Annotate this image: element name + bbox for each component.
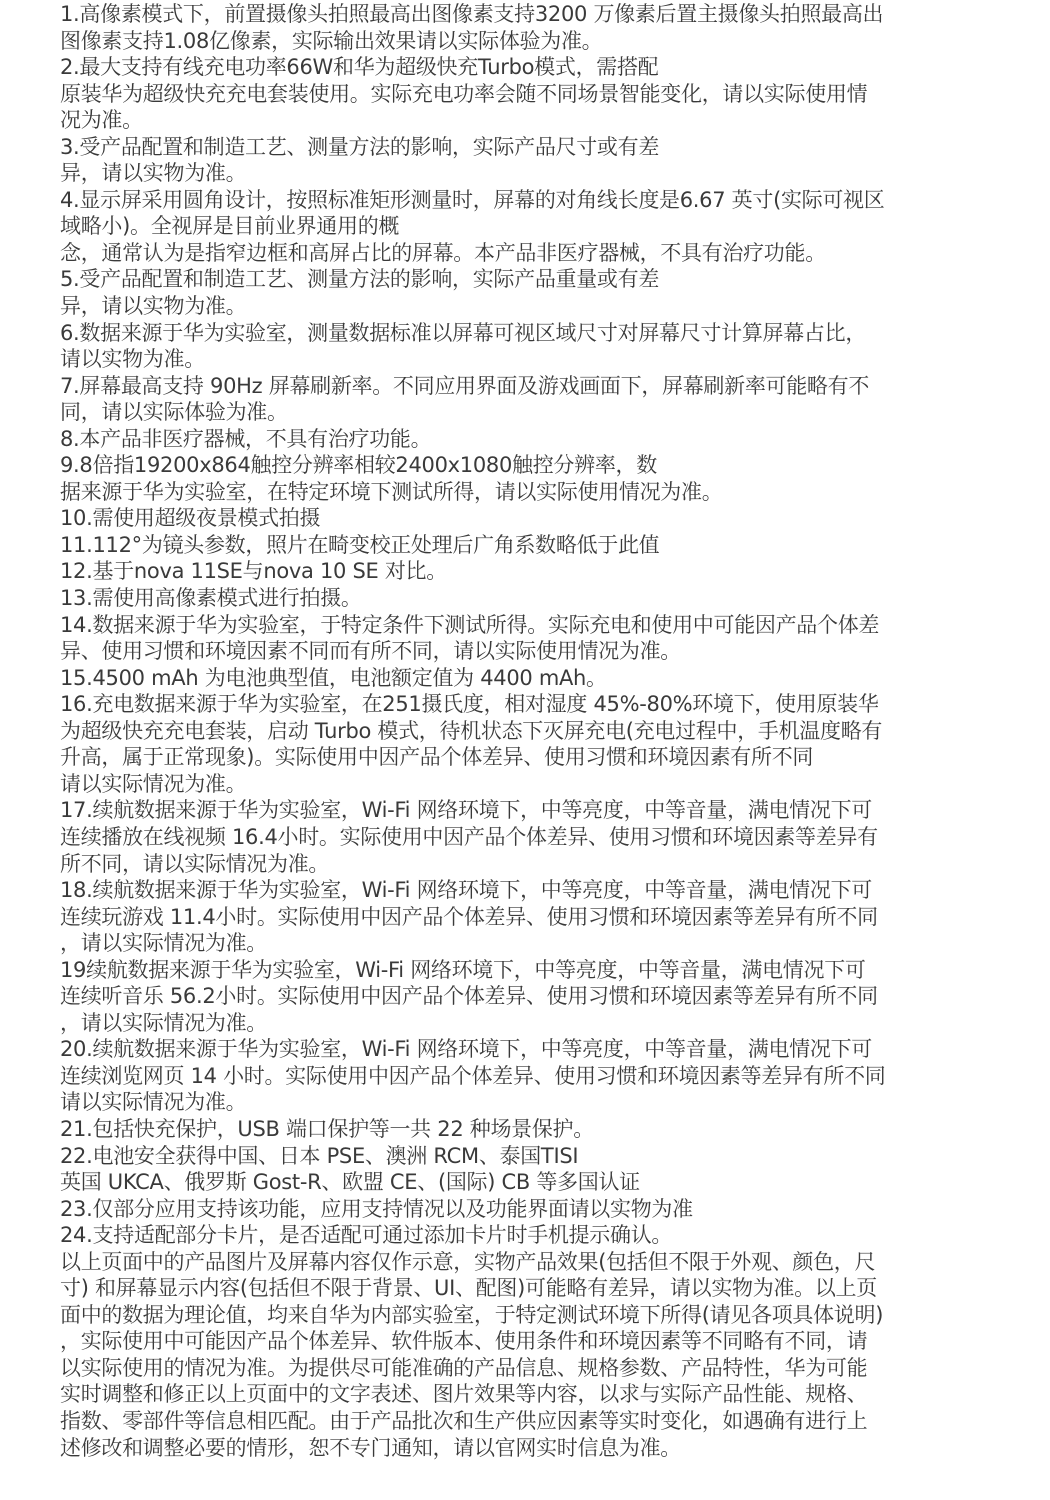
footnote-14: 14.数据来源于华为实验室，于特定条件下测试所得。实际充电和使用中可能因产品个体… xyxy=(60,612,1020,665)
footnote-7: 7.屏幕最高支持 90Hz 屏幕刷新率。不同应用界面及游戏画面下，屏幕刷新率可能… xyxy=(60,373,1020,426)
footnote-16: 16.充电数据来源于华为实验室，在251摄氏度，相对湿度 45%-80%环境下，… xyxy=(60,691,1020,797)
disclaimer-line: 实时调整和修正以上页面中的文字表述、图片效果等内容，以求与实际产品性能、规格、 xyxy=(60,1381,1020,1408)
footnote-line: 4.显示屏采用圆角设计，按照标准矩形测量时，屏幕的对角线长度是6.67 英寸(实… xyxy=(60,187,1020,214)
footnote-line: 原装华为超级快充充电套装使用。实际充电功率会随不同场景智能变化，请以实际使用情 xyxy=(60,81,1020,108)
footnote-line: 6.数据来源于华为实验室，测量数据标准以屏幕可视区域尺寸对屏幕尺寸计算屏幕占比， xyxy=(60,320,1020,347)
footnote-line: 请以实际情况为准。 xyxy=(60,771,1020,798)
footnote-line: 域略小)。全视屏是目前业界通用的概 xyxy=(60,213,1020,240)
footnote-line: 2.最大支持有线充电功率66W和华为超级快充Turbo模式，需搭配 xyxy=(60,54,1020,81)
disclaimer-line: 以实际使用的情况为准。为提供尽可能准确的产品信息、规格参数、产品特性，华为可能 xyxy=(60,1355,1020,1382)
footnote-19: 19续航数据来源于华为实验室，Wi-Fi 网络环境下，中等亮度，中等音量，满电情… xyxy=(60,957,1020,1037)
footnote-line: 同，请以实际体验为准。 xyxy=(60,399,1020,426)
footnote-line: 10.需使用超级夜景模式拍摄 xyxy=(60,505,1020,532)
footnote-15: 15.4500 mAh 为电池典型值，电池额定值为 4400 mAh。 xyxy=(60,665,1020,692)
footnote-line: 据来源于华为实验室，在特定环境下测试所得，请以实际使用情况为准。 xyxy=(60,479,1020,506)
footnote-6: 6.数据来源于华为实验室，测量数据标准以屏幕可视区域尺寸对屏幕尺寸计算屏幕占比，… xyxy=(60,320,1020,373)
footnote-2: 2.最大支持有线充电功率66W和华为超级快充Turbo模式，需搭配原装华为超级快… xyxy=(60,54,1020,134)
footnote-line: 20.续航数据来源于华为实验室，Wi-Fi 网络环境下，中等亮度，中等音量，满电… xyxy=(60,1036,1020,1063)
footnote-line: 11.112°为镜头参数，照片在畸变校正处理后广角系数略低于此值 xyxy=(60,532,1020,559)
footnote-line: 异，请以实物为准。 xyxy=(60,160,1020,187)
footnote-line: 连续浏览网页 14 小时。实际使用中因产品个体差异、使用习惯和环境因素等差异有所… xyxy=(60,1063,1020,1090)
footnote-23: 23.仅部分应用支持该功能，应用支持情况以及功能界面请以实物为准 xyxy=(60,1196,1020,1223)
disclaimer-line: ，实际使用中可能因产品个体差异、软件版本、使用条件和环境因素等不同略有不同，请 xyxy=(60,1328,1020,1355)
footnote-4: 4.显示屏采用圆角设计，按照标准矩形测量时，屏幕的对角线长度是6.67 英寸(实… xyxy=(60,187,1020,267)
footnote-line: 21.包括快充保护，USB 端口保护等一共 22 种场景保护。 xyxy=(60,1116,1020,1143)
footnote-18: 18.续航数据来源于华为实验室，Wi-Fi 网络环境下，中等亮度，中等音量，满电… xyxy=(60,877,1020,957)
footnote-line: 异，请以实物为准。 xyxy=(60,293,1020,320)
disclaimer-line: 指数、零部件等信息相匹配。由于产品批次和生产供应因素等实时变化，如遇确有进行上 xyxy=(60,1408,1020,1435)
footnote-12: 12.基于nova 11SE与nova 10 SE 对比。 xyxy=(60,558,1020,585)
footnote-line: 念，通常认为是指窄边框和高屏占比的屏幕。本产品非医疗器械，不具有治疗功能。 xyxy=(60,240,1020,267)
footnote-line: 9.8倍指19200x864触控分辨率相较2400x1080触控分辨率，数 xyxy=(60,452,1020,479)
footnote-9: 9.8倍指19200x864触控分辨率相较2400x1080触控分辨率，数据来源… xyxy=(60,452,1020,505)
footnote-line: 请以实物为准。 xyxy=(60,346,1020,373)
footnote-line: 连续听音乐 56.2小时。实际使用中因产品个体差异、使用习惯和环境因素等差异有所… xyxy=(60,983,1020,1010)
footnote-1: 1.高像素模式下，前置摄像头拍照最高出图像素支持3200 万像素后置主摄像头拍照… xyxy=(60,1,1020,54)
footnote-line: 12.基于nova 11SE与nova 10 SE 对比。 xyxy=(60,558,1020,585)
disclaimer-line: 面中的数据为理论值，均来自华为内部实验室，于特定测试环境下所得(请见各项具体说明… xyxy=(60,1302,1020,1329)
footnote-line: 3.受产品配置和制造工艺、测量方法的影响，实际产品尺寸或有差 xyxy=(60,134,1020,161)
footnote-line: 22.电池安全获得中国、日本 PSE、澳洲 RCM、泰国TISI xyxy=(60,1143,1020,1170)
footnote-3: 3.受产品配置和制造工艺、测量方法的影响，实际产品尺寸或有差异，请以实物为准。 xyxy=(60,134,1020,187)
footnote-line: 连续玩游戏 11.4小时。实际使用中因产品个体差异、使用习惯和环境因素等差异有所… xyxy=(60,904,1020,931)
footnote-line: 连续播放在线视频 16.4小时。实际使用中因产品个体差异、使用习惯和环境因素等差… xyxy=(60,824,1020,851)
footnote-21: 21.包括快充保护，USB 端口保护等一共 22 种场景保护。 xyxy=(60,1116,1020,1143)
footnote-line: 7.屏幕最高支持 90Hz 屏幕刷新率。不同应用界面及游戏画面下，屏幕刷新率可能… xyxy=(60,373,1020,400)
footnote-line: 图像素支持1.08亿像素，实际输出效果请以实际体验为准。 xyxy=(60,28,1020,55)
footnote-line: 5.受产品配置和制造工艺、测量方法的影响，实际产品重量或有差 xyxy=(60,266,1020,293)
footnote-11: 11.112°为镜头参数，照片在畸变校正处理后广角系数略低于此值 xyxy=(60,532,1020,559)
footnote-line: 13.需使用高像素模式进行拍摄。 xyxy=(60,585,1020,612)
footnote-line: 况为准。 xyxy=(60,107,1020,134)
footnote-line: ，请以实际情况为准。 xyxy=(60,930,1020,957)
footnote-line: 18.续航数据来源于华为实验室，Wi-Fi 网络环境下，中等亮度，中等音量，满电… xyxy=(60,877,1020,904)
footnote-line: 英国 UKCA、俄罗斯 Gost-R、欧盟 CE、(国际) CB 等多国认证 xyxy=(60,1169,1020,1196)
footnote-10: 10.需使用超级夜景模式拍摄 xyxy=(60,505,1020,532)
footnote-22: 22.电池安全获得中国、日本 PSE、澳洲 RCM、泰国TISI英国 UKCA、… xyxy=(60,1143,1020,1196)
footnote-line: 1.高像素模式下，前置摄像头拍照最高出图像素支持3200 万像素后置主摄像头拍照… xyxy=(60,1,1020,28)
footnote-line: 15.4500 mAh 为电池典型值，电池额定值为 4400 mAh。 xyxy=(60,665,1020,692)
footnote-20: 20.续航数据来源于华为实验室，Wi-Fi 网络环境下，中等亮度，中等音量，满电… xyxy=(60,1036,1020,1116)
footnote-line: 所不同，请以实际情况为准。 xyxy=(60,851,1020,878)
footnote-line: 23.仅部分应用支持该功能，应用支持情况以及功能界面请以实物为准 xyxy=(60,1196,1020,1223)
disclaimer-line: 以上页面中的产品图片及屏幕内容仅作示意，实物产品效果(包括但不限于外观、颜色，尺 xyxy=(60,1249,1020,1276)
disclaimer-line: 述修改和调整必要的情形，恕不专门通知，请以官网实时信息为准。 xyxy=(60,1435,1020,1462)
footnote-line: 17.续航数据来源于华为实验室，Wi-Fi 网络环境下，中等亮度，中等音量，满电… xyxy=(60,797,1020,824)
footnote-line: 异、使用习惯和环境因素不同而有所不同，请以实际使用情况为准。 xyxy=(60,638,1020,665)
footnotes-list: 1.高像素模式下，前置摄像头拍照最高出图像素支持3200 万像素后置主摄像头拍照… xyxy=(60,1,1020,1249)
footnote-line: 8.本产品非医疗器械，不具有治疗功能。 xyxy=(60,426,1020,453)
footnote-line: 19续航数据来源于华为实验室，Wi-Fi 网络环境下，中等亮度，中等音量，满电情… xyxy=(60,957,1020,984)
footnote-line: 为超级快充充电套装，启动 Turbo 模式，待机状态下灭屏充电(充电过程中，手机… xyxy=(60,718,1020,745)
disclaimer-paragraph: 以上页面中的产品图片及屏幕内容仅作示意，实物产品效果(包括但不限于外观、颜色，尺… xyxy=(60,1249,1020,1461)
footnote-5: 5.受产品配置和制造工艺、测量方法的影响，实际产品重量或有差异，请以实物为准。 xyxy=(60,266,1020,319)
footnote-line: ，请以实际情况为准。 xyxy=(60,1010,1020,1037)
disclaimer-line: 寸) 和屏幕显示内容(包括但不限于背景、UI、配图)可能略有差异，请以实物为准。… xyxy=(60,1275,1020,1302)
footnote-8: 8.本产品非医疗器械，不具有治疗功能。 xyxy=(60,426,1020,453)
footnote-line: 24.支持适配部分卡片，是否适配可通过添加卡片时手机提示确认。 xyxy=(60,1222,1020,1249)
footnote-line: 请以实际情况为准。 xyxy=(60,1089,1020,1116)
footnotes-document: 1.高像素模式下，前置摄像头拍照最高出图像素支持3200 万像素后置主摄像头拍照… xyxy=(60,1,1020,1461)
footnote-13: 13.需使用高像素模式进行拍摄。 xyxy=(60,585,1020,612)
footnote-line: 16.充电数据来源于华为实验室，在251摄氏度，相对湿度 45%-80%环境下，… xyxy=(60,691,1020,718)
footnote-17: 17.续航数据来源于华为实验室，Wi-Fi 网络环境下，中等亮度，中等音量，满电… xyxy=(60,797,1020,877)
footnote-line: 14.数据来源于华为实验室，于特定条件下测试所得。实际充电和使用中可能因产品个体… xyxy=(60,612,1020,639)
footnote-24: 24.支持适配部分卡片，是否适配可通过添加卡片时手机提示确认。 xyxy=(60,1222,1020,1249)
footnote-line: 升高，属于正常现象)。实际使用中因产品个体差异、使用习惯和环境因素有所不同 xyxy=(60,744,1020,771)
